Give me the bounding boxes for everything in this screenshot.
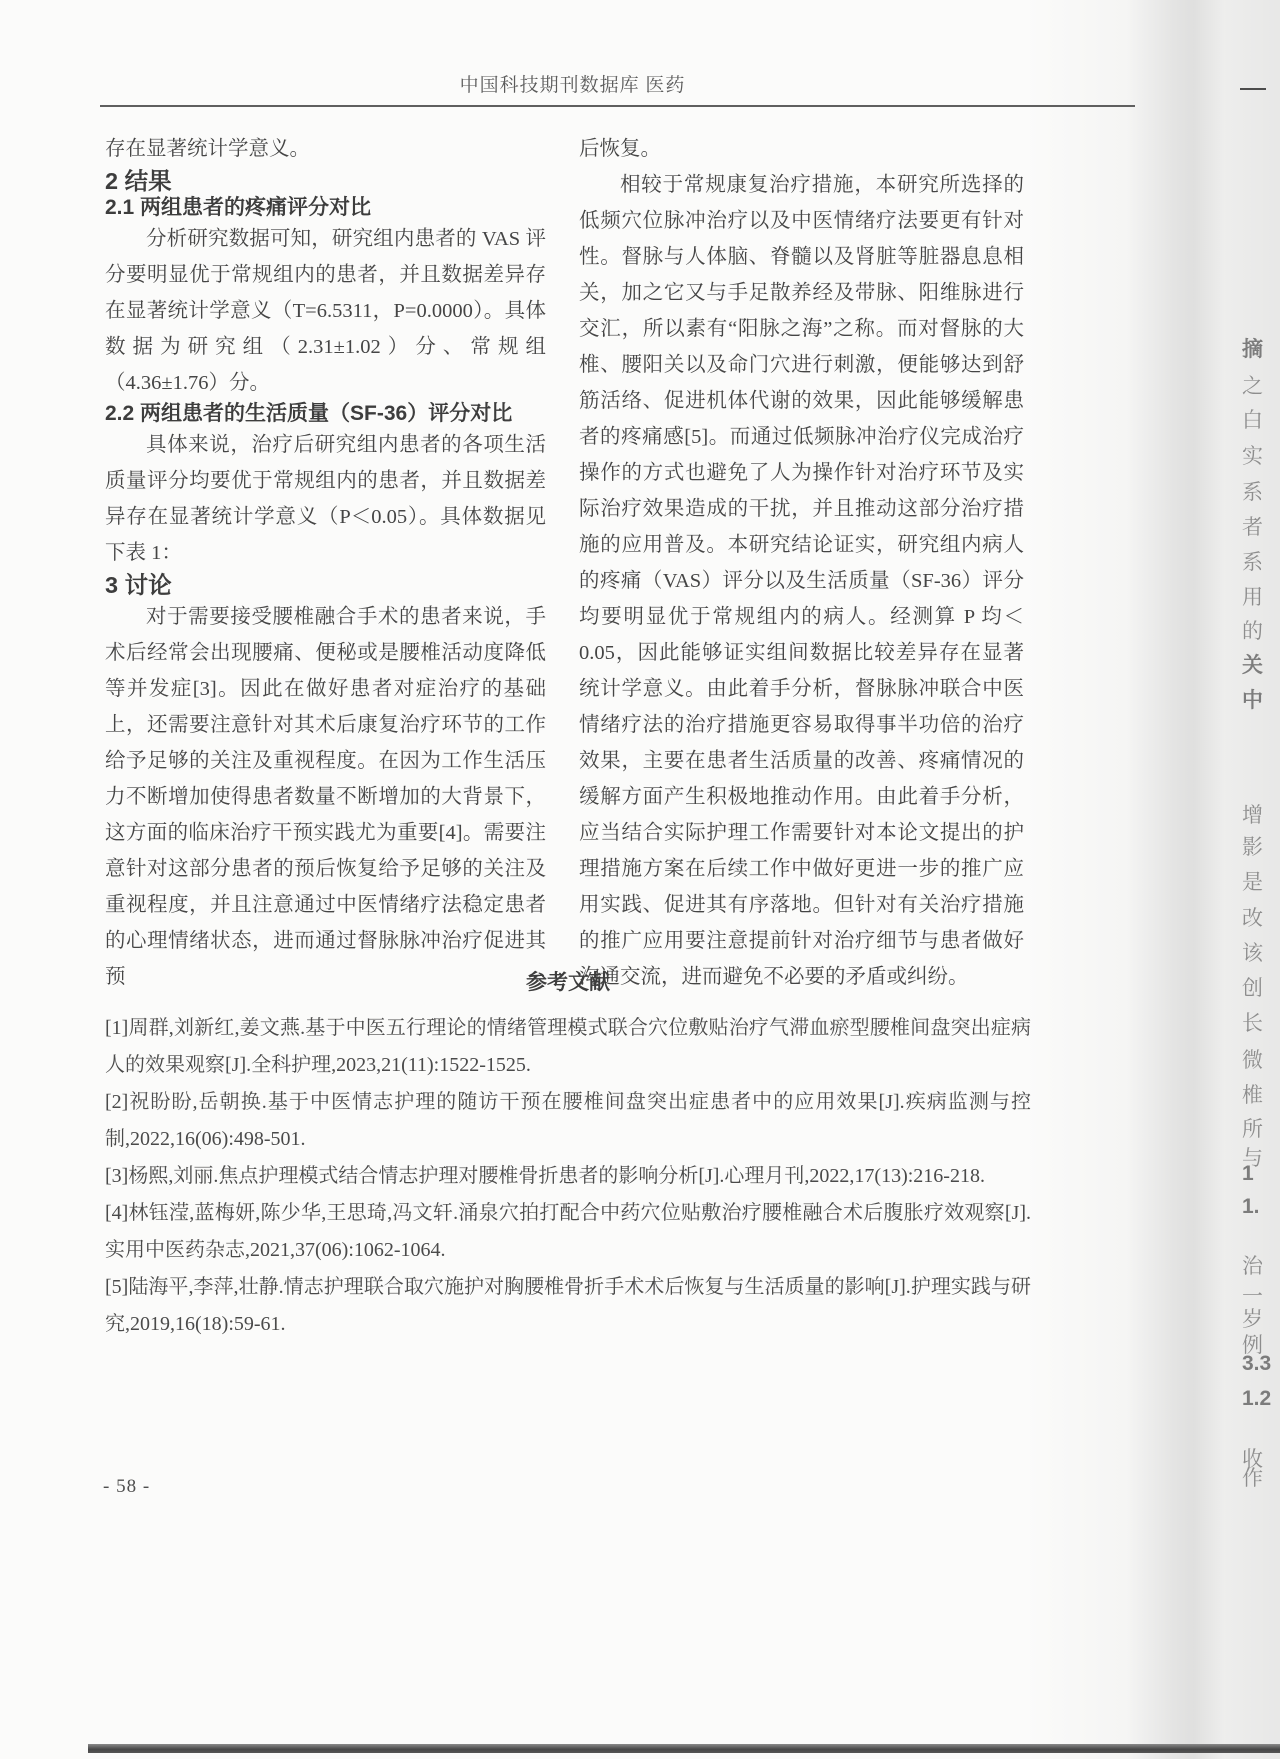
edge-partial-char: 1.2	[1242, 1387, 1271, 1411]
page-edge-strip: 摘之白实系者系用的关中增影是改该创长微椎所与11.治一岁例3.31.2收作	[1238, 0, 1280, 1759]
edge-partial-char: 者	[1242, 511, 1263, 541]
edge-partial-char: 与	[1242, 1142, 1263, 1172]
discussion-paragraph: 相较于常规康复治疗措施，本研究所选择的低频穴位脉冲治疗以及中医情绪疗法要更有针对…	[579, 167, 1024, 995]
right-column: 后恢复。 相较于常规康复治疗措施，本研究所选择的低频穴位脉冲治疗以及中医情绪疗法…	[579, 131, 1024, 995]
edge-partial-char: 白	[1242, 404, 1263, 434]
edge-partial-char: 长	[1242, 1007, 1263, 1037]
reference-item: [3]杨熙,刘丽.焦点护理模式结合情志护理对腰椎骨折患者的影响分析[J].心理月…	[105, 1158, 1031, 1195]
page-bottom-edge-shadow	[88, 1744, 1280, 1753]
page-number: - 58 -	[103, 1476, 150, 1498]
section-2-1-heading: 2.1 两组患者的疼痛评分对比	[105, 195, 546, 221]
reference-item: [2]祝盼盼,岳朝换.基于中医情志护理的随访干预在腰椎间盘突出症患者中的应用效果…	[105, 1084, 1031, 1158]
edge-partial-char: 增	[1242, 799, 1263, 829]
journal-header: 中国科技期刊数据库 医药	[90, 70, 1055, 97]
references-heading: 参考文献	[105, 966, 1031, 996]
reference-item: [1]周群,刘新红,姜文燕.基于中医五行理论的情绪管理模式联合穴位敷贴治疗气滞血…	[105, 1010, 1031, 1084]
carryover-text: 存在显著统计学意义。	[105, 131, 546, 167]
edge-partial-char: 1.	[1242, 1195, 1260, 1219]
reference-item: [5]陆海平,李萍,壮静.情志护理联合取穴施护对胸腰椎骨折手术术后恢复与生活质量…	[105, 1269, 1031, 1343]
section-2-1-paragraph: 分析研究数据可知，研究组内患者的 VAS 评分要明显优于常规组内的患者，并且数据…	[105, 221, 546, 401]
references-section: 参考文献 [1]周群,刘新红,姜文燕.基于中医五行理论的情绪管理模式联合穴位敷贴…	[105, 966, 1031, 1343]
edge-partial-char: 椎	[1242, 1079, 1263, 1109]
section-2-heading: 2 结果	[105, 167, 546, 195]
carryover-text: 后恢复。	[579, 131, 1024, 167]
edge-partial-char: 所	[1242, 1113, 1263, 1143]
edge-partial-char: 摘	[1242, 333, 1263, 363]
section-3-paragraph: 对于需要接受腰椎融合手术的患者来说，手术后经常会出现腰痛、便秘或是腰椎活动度降低…	[105, 599, 546, 995]
section-2-2-heading: 2.2 两组患者的生活质量（SF-36）评分对比	[105, 401, 546, 427]
edge-partial-char: 治	[1242, 1250, 1263, 1280]
edge-partial-char: 关	[1242, 649, 1263, 679]
edge-partial-char: 系	[1242, 476, 1263, 506]
edge-partial-char: 系	[1242, 546, 1263, 576]
edge-partial-char: 影	[1242, 831, 1263, 861]
edge-partial-char: 收	[1242, 1443, 1263, 1473]
edge-partial-char: 之	[1242, 370, 1263, 400]
section-2-2-paragraph: 具体来说，治疗后研究组内患者的各项生活质量评分均要优于常规组内的患者，并且数据差…	[105, 427, 546, 571]
left-column: 存在显著统计学意义。 2 结果 2.1 两组患者的疼痛评分对比 分析研究数据可知…	[105, 131, 546, 995]
edge-partial-char: 改	[1242, 902, 1263, 932]
edge-partial-char: 的	[1242, 615, 1263, 645]
edge-partial-char: 中	[1242, 684, 1263, 714]
edge-partial-char: 微	[1242, 1044, 1263, 1074]
header-rule	[100, 105, 1135, 107]
edge-partial-char: 用	[1242, 581, 1263, 611]
edge-partial-char: 例	[1242, 1329, 1263, 1359]
edge-partial-char: 创	[1242, 972, 1263, 1002]
edge-partial-char: 该	[1242, 937, 1263, 967]
edge-partial-char: 作	[1242, 1462, 1263, 1492]
edge-partial-char: 实	[1242, 440, 1263, 470]
scanned-paper-page: 中国科技期刊数据库 医药 存在显著统计学意义。 2 结果 2.1 两组患者的疼痛…	[0, 0, 1280, 1759]
page-gutter-shadow	[1025, 0, 1280, 1759]
reference-item: [4]林钰滢,蓝梅妍,陈少华,王思琦,冯文轩.涌泉穴拍打配合中药穴位贴敷治疗腰椎…	[105, 1195, 1031, 1269]
edge-partial-char: 1	[1242, 1162, 1254, 1186]
edge-partial-char: 岁	[1242, 1303, 1263, 1333]
adjacent-page-header-rule-fragment	[1240, 88, 1266, 90]
edge-partial-char: 是	[1242, 866, 1263, 896]
edge-partial-char: 一	[1242, 1280, 1263, 1310]
edge-partial-char: 3.3	[1242, 1352, 1271, 1376]
section-3-heading: 3 讨论	[105, 571, 546, 599]
